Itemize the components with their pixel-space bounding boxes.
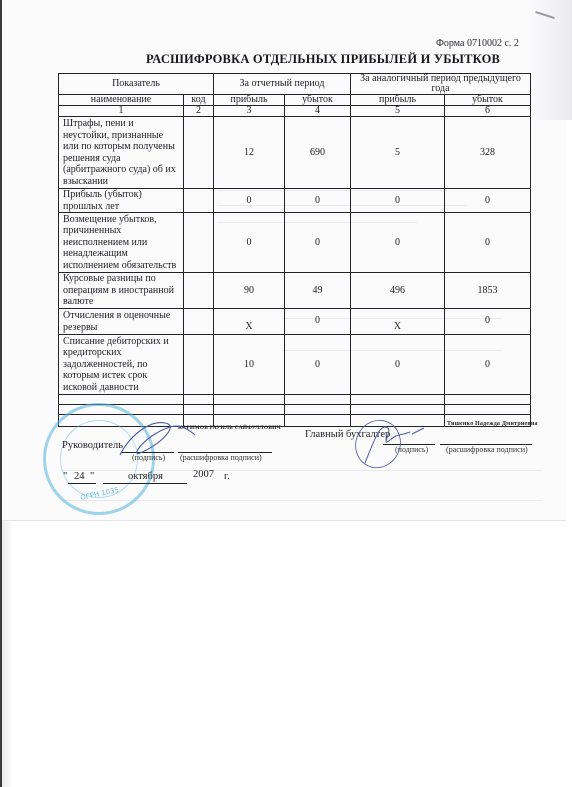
director-signature	[110, 415, 200, 465]
profit-loss-table: Показатель За отчетный период За аналоги…	[58, 73, 531, 427]
profit-current: Х	[214, 309, 285, 335]
profit-prior: 496	[351, 273, 445, 309]
accountant-name: Тишенко Надежда Дмитриевна	[447, 421, 538, 427]
col-number: 2	[184, 106, 214, 117]
profit-current: 0	[214, 213, 285, 273]
empty-cell	[214, 405, 285, 415]
date-day: 24	[74, 471, 85, 482]
loss-current: 0	[285, 309, 351, 335]
date-open-quote: "	[63, 471, 67, 482]
empty-cell	[59, 395, 184, 405]
row-name: Курсовые разницы по операциям в иностран…	[59, 273, 184, 309]
column-header-row: наименование код прибыль убыток прибыль …	[59, 95, 531, 106]
col-number: 6	[445, 106, 531, 117]
profit-prior: 5	[351, 117, 445, 189]
date-year: 2007	[193, 469, 214, 480]
empty-cell	[351, 395, 445, 405]
row-name: Штрафы, пени и неустойки, признанные или…	[59, 117, 184, 189]
accountant-name-caption: (расшифровка подписи)	[446, 445, 528, 454]
header-reporting-period: За отчетный период	[214, 74, 351, 95]
profit-current: 10	[214, 335, 285, 395]
col-number: 5	[351, 106, 445, 117]
loss-prior: 0	[445, 335, 531, 395]
col-header-name: наименование	[59, 95, 184, 106]
empty-cell	[445, 395, 531, 405]
empty-cell	[445, 405, 531, 415]
table-row: Списание дебиторских и кредиторских задо…	[59, 335, 531, 395]
row-code	[184, 335, 214, 395]
loss-current: 49	[285, 273, 351, 309]
empty-cell	[285, 415, 351, 427]
row-name: Возмещение убытков, причиненных неисполн…	[59, 213, 184, 273]
profit-current: 90	[214, 273, 285, 309]
empty-cell	[214, 395, 285, 405]
header-prior-period: За аналогичный период предыдущего года	[351, 74, 531, 95]
profit-current: 0	[214, 189, 285, 213]
col-header-loss-prior: убыток	[445, 95, 531, 106]
col-header-code: код	[184, 95, 214, 106]
loss-prior: 0	[445, 189, 531, 213]
table-row: Прибыль (убыток) прошлых лет 0 0 0 0	[59, 189, 531, 213]
row-name: Списание дебиторских и кредиторских задо…	[59, 335, 184, 395]
col-number: 3	[214, 106, 285, 117]
profit-prior: Х	[351, 309, 445, 335]
accountant-signature	[350, 418, 430, 473]
empty-cell	[285, 395, 351, 405]
loss-prior: 328	[445, 117, 531, 189]
table-row: Курсовые разницы по операциям в иностран…	[59, 273, 531, 309]
row-name: Отчисления в оценочные резервы	[59, 309, 184, 335]
header-indicator: Показатель	[59, 74, 214, 95]
row-code	[184, 117, 214, 189]
table-row: Отчисления в оценочные резервы Х 0 Х 0	[59, 309, 531, 335]
document-title: РАСШИФРОВКА ОТДЕЛЬНЫХ ПРИБЫЛЕЙ И УБЫТКОВ	[146, 52, 500, 67]
table-row: Штрафы, пени и неустойки, признанные или…	[59, 117, 531, 189]
profit-prior: 0	[351, 213, 445, 273]
row-code	[184, 309, 214, 335]
date-year-suffix: г.	[224, 471, 230, 482]
col-number: 1	[59, 106, 184, 117]
loss-prior: 0	[445, 309, 531, 335]
loss-prior: 0	[445, 213, 531, 273]
date-month-line	[103, 483, 187, 484]
column-number-row: 1 2 3 4 5 6	[59, 106, 531, 117]
loss-current: 0	[285, 189, 351, 213]
empty-cell	[351, 405, 445, 415]
col-number: 4	[285, 106, 351, 117]
profit-current: 12	[214, 117, 285, 189]
table-row-empty	[59, 395, 531, 405]
date-close-quote: "	[90, 471, 94, 482]
date-month: октября	[128, 471, 163, 482]
row-code	[184, 213, 214, 273]
row-code	[184, 189, 214, 213]
profit-prior: 0	[351, 189, 445, 213]
loss-current: 0	[285, 335, 351, 395]
date-day-line	[68, 483, 96, 484]
profit-prior: 0	[351, 335, 445, 395]
form-code: Форма 0710002 с. 2	[436, 38, 519, 49]
col-header-profit-prior: прибыль	[351, 95, 445, 106]
table-row: Возмещение убытков, причиненных неисполн…	[59, 213, 531, 273]
empty-cell	[285, 405, 351, 415]
col-header-loss-current: убыток	[285, 95, 351, 106]
loss-current: 690	[285, 117, 351, 189]
loss-current: 0	[285, 213, 351, 273]
group-header-row: Показатель За отчетный период За аналоги…	[59, 74, 531, 95]
empty-cell	[184, 395, 214, 405]
row-name: Прибыль (убыток) прошлых лет	[59, 189, 184, 213]
col-header-profit-current: прибыль	[214, 95, 285, 106]
loss-prior: 1853	[445, 273, 531, 309]
empty-cell	[184, 405, 214, 415]
row-code	[184, 273, 214, 309]
